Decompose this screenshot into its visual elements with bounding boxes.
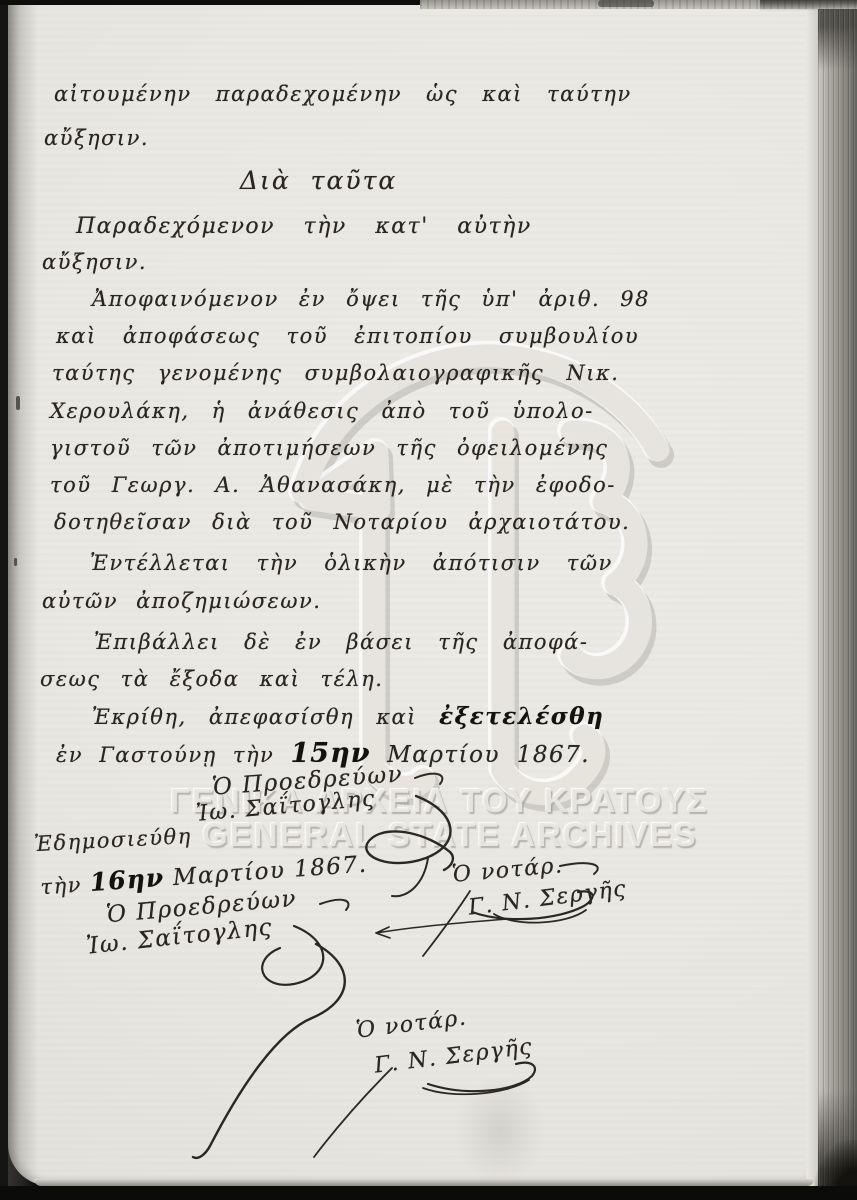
closing-judged-line: Ἐκρίθη, ἀπεφασίσθη καὶ ἐξετελέσθη xyxy=(92,703,604,730)
body-line-7: ταύτης γενομένης συμβολαιογραφικῆς Νικ. xyxy=(52,361,619,385)
publication-day-16: 16ην xyxy=(89,863,165,897)
closing-judged-prefix: Ἐκρίθη, ἀπεφασίσθη καὶ xyxy=(92,705,439,729)
body-line-5: Ἀποφαινόμενον ἐν ὄψει τῆς ὑπ' ἀριθ. 98 xyxy=(92,287,650,311)
heading-dia-tafta: Διὰ ταῦτα xyxy=(240,166,397,195)
closing-place: ἐν Γαστούνῃ τὴν xyxy=(56,743,291,767)
body-line-12: Ἐντέλλεται τὴν ὁλικὴν ἀπότισιν τῶν xyxy=(90,551,613,575)
body-line-15: σεως τὰ ἔξοδα καὶ τέλη. xyxy=(40,667,383,691)
body-line-2: αὔξησιν. xyxy=(44,126,149,150)
top-border xyxy=(0,0,434,5)
closing-date-line: ἐν Γαστούνῃ τὴν 15ην Μαρτίου 1867. xyxy=(56,738,590,769)
body-line-8: Χερουλάκη, ἡ ἀνάθεσις ἀπὸ τοῦ ὑπολο- xyxy=(50,399,594,423)
gutter-shadow xyxy=(8,0,38,1186)
page-edge-highlight xyxy=(806,4,818,1186)
ink-smudge xyxy=(455,1075,545,1185)
publication-date-prefix: τὴν xyxy=(40,872,91,899)
body-line-6: καὶ ἀποφάσεως τοῦ ἐπιτοπίου συμβουλίου xyxy=(56,324,639,348)
body-line-9: γιστοῦ τῶν ἀποτιμήσεων τῆς ὀφειλομένης xyxy=(50,436,608,460)
closing-date-suffix: Μαρτίου 1867. xyxy=(370,742,590,768)
top-right-smudge xyxy=(760,0,857,11)
body-line-11: δοτηθεῖσαν διὰ τοῦ Νοταρίου ἀρχαιοτάτου. xyxy=(54,510,630,534)
archives-watermark-english: GENERAL STATE ARCHIVES xyxy=(202,816,698,854)
body-line-10: τοῦ Γεωργ. Α. Ἀθανασάκη, μὲ τὴν ἐφοδο- xyxy=(50,473,616,497)
body-line-1: αἰτουμένην παραδεχομένην ὡς καὶ ταύτην xyxy=(54,82,632,106)
body-line-4: αὔξησιν. xyxy=(42,250,147,274)
body-line-3: Παραδεχόμενον τὴν κατ' αὐτὴν xyxy=(76,214,532,239)
book-fore-edge xyxy=(818,0,857,1200)
book-spine-edge xyxy=(0,0,8,1200)
top-edge-smudge xyxy=(598,0,654,7)
bottom-page-edge xyxy=(34,1179,814,1186)
body-line-14: Ἐπιβάλλει δὲ ἐν βάσει τῆς ἀποφά- xyxy=(94,630,588,654)
closing-judged-emphasis: ἐξετελέσθη xyxy=(439,703,604,730)
body-line-13: αὐτῶν ἀποζημιώσεων. xyxy=(42,589,321,613)
scanned-manuscript-page: ΓΕΝΙΚΑ ΑΡΧΕΙΑ ΤΟΥ ΚΡΑΤΟΥΣ GENERAL STATE … xyxy=(0,0,857,1200)
bottom-border xyxy=(0,1186,857,1200)
